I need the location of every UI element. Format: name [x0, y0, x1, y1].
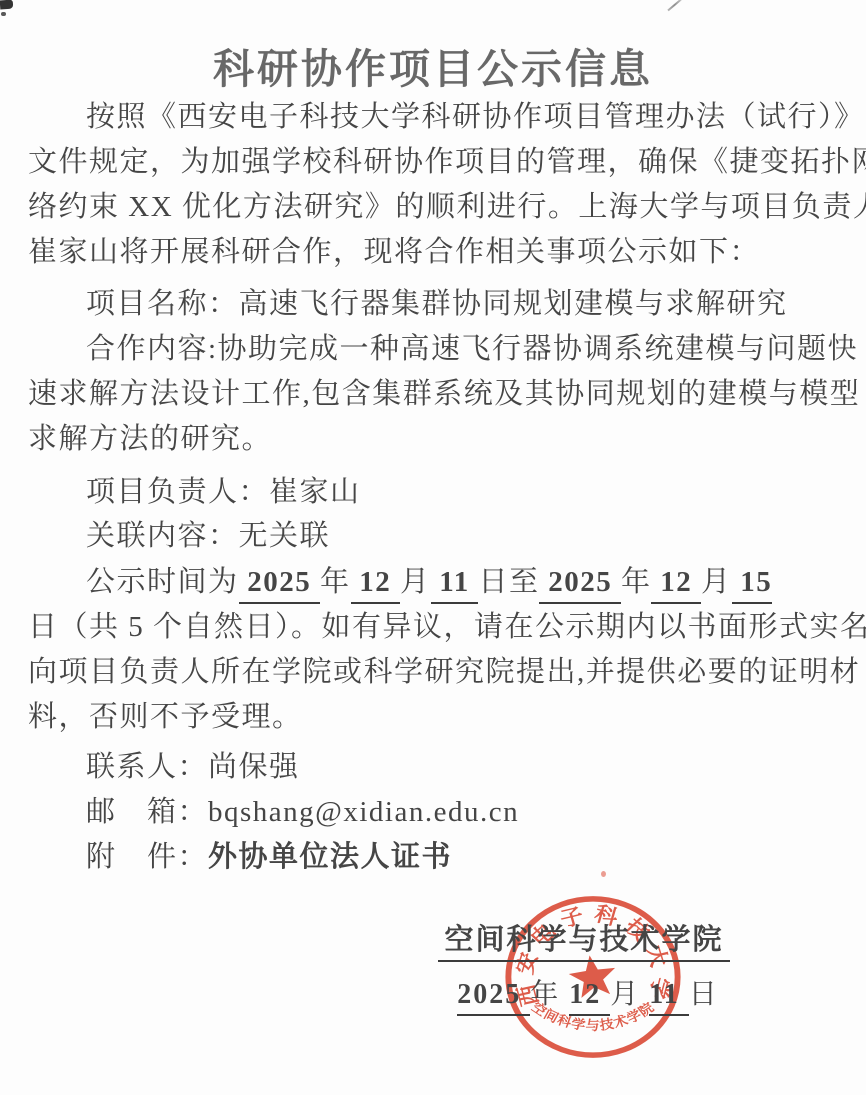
intro-line-4: 崔家山将开展科研合作，现将合作相关事项公示如下：	[28, 230, 840, 275]
email-paragraph: 邮 箱：bqshang@xidian.edu.cn	[28, 790, 840, 835]
cooperation-line-1: 合作内容:协助完成一种高速飞行器协调系统建模与问题快	[28, 327, 840, 372]
cooperation-line-2: 速求解方法设计工作,包含集群系统及其协同规划的建模与模型	[28, 372, 840, 417]
notice-line-1: 公示时间为 2025 年 12 月 11 日至 2025 年 12 月 15	[28, 560, 840, 605]
relation-line: 关联内容：无关联	[28, 514, 840, 559]
scan-artifact-speck	[1, 12, 6, 16]
document-title: 科研协作项目公示信息	[0, 36, 866, 95]
notice-line-3: 向项目负责人所在学院或科学研究院提出,并提供必要的证明材	[28, 650, 840, 695]
notice-period-paragraph: 公示时间为 2025 年 12 月 11 日至 2025 年 12 月 15 日…	[28, 560, 840, 740]
contact-paragraph: 联系人：尚保强	[28, 745, 840, 790]
scan-artifact-scratch	[667, 0, 681, 11]
email-line: 邮 箱：bqshang@xidian.edu.cn	[28, 790, 840, 835]
project-name-paragraph: 项目名称：高速飞行器集群协同规划建模与求解研究	[28, 282, 840, 327]
contact-line: 联系人：尚保强	[28, 745, 840, 790]
cooperation-line-3: 求解方法的研究。	[28, 417, 840, 462]
scan-artifact-corner	[0, 0, 13, 9]
attachment-line: 附 件：外协单位法人证书	[28, 835, 840, 880]
leader-line: 项目负责人：崔家山	[28, 470, 840, 515]
notice-line-2: 日（共 5 个自然日）。如有异议，请在公示期内以书面形式实名	[28, 605, 840, 650]
intro-line-3: 络约束 XX 优化方法研究》的顺利进行。上海大学与项目负责人	[28, 185, 840, 230]
cooperation-paragraph: 合作内容:协助完成一种高速飞行器协调系统建模与问题快 速求解方法设计工作,包含集…	[28, 327, 840, 462]
official-seal: 西安电子科技大学 空间科学与技术学院	[502, 893, 684, 1061]
signature-date: 2025 年 12 月 11 日	[438, 980, 738, 1010]
attachment-paragraph: 附 件：外协单位法人证书	[28, 835, 840, 880]
intro-paragraph: 按照《西安电子科技大学科研协作项目管理办法（试行）》 文件规定，为加强学校科研协…	[28, 95, 840, 275]
signature-org: 空间科学与技术学院	[438, 925, 730, 962]
relation-paragraph: 关联内容：无关联	[28, 514, 840, 559]
project-name-line: 项目名称：高速飞行器集群协同规划建模与求解研究	[28, 282, 840, 327]
intro-line-1: 按照《西安电子科技大学科研协作项目管理办法（试行）》	[28, 95, 840, 140]
scanned-document-page: 科研协作项目公示信息 按照《西安电子科技大学科研协作项目管理办法（试行）》 文件…	[0, 0, 866, 1095]
leader-paragraph: 项目负责人：崔家山	[28, 470, 840, 515]
notice-line-4: 料，否则不予受理。	[28, 695, 840, 740]
intro-line-2: 文件规定，为加强学校科研协作项目的管理，确保《捷变拓扑网	[28, 140, 840, 185]
